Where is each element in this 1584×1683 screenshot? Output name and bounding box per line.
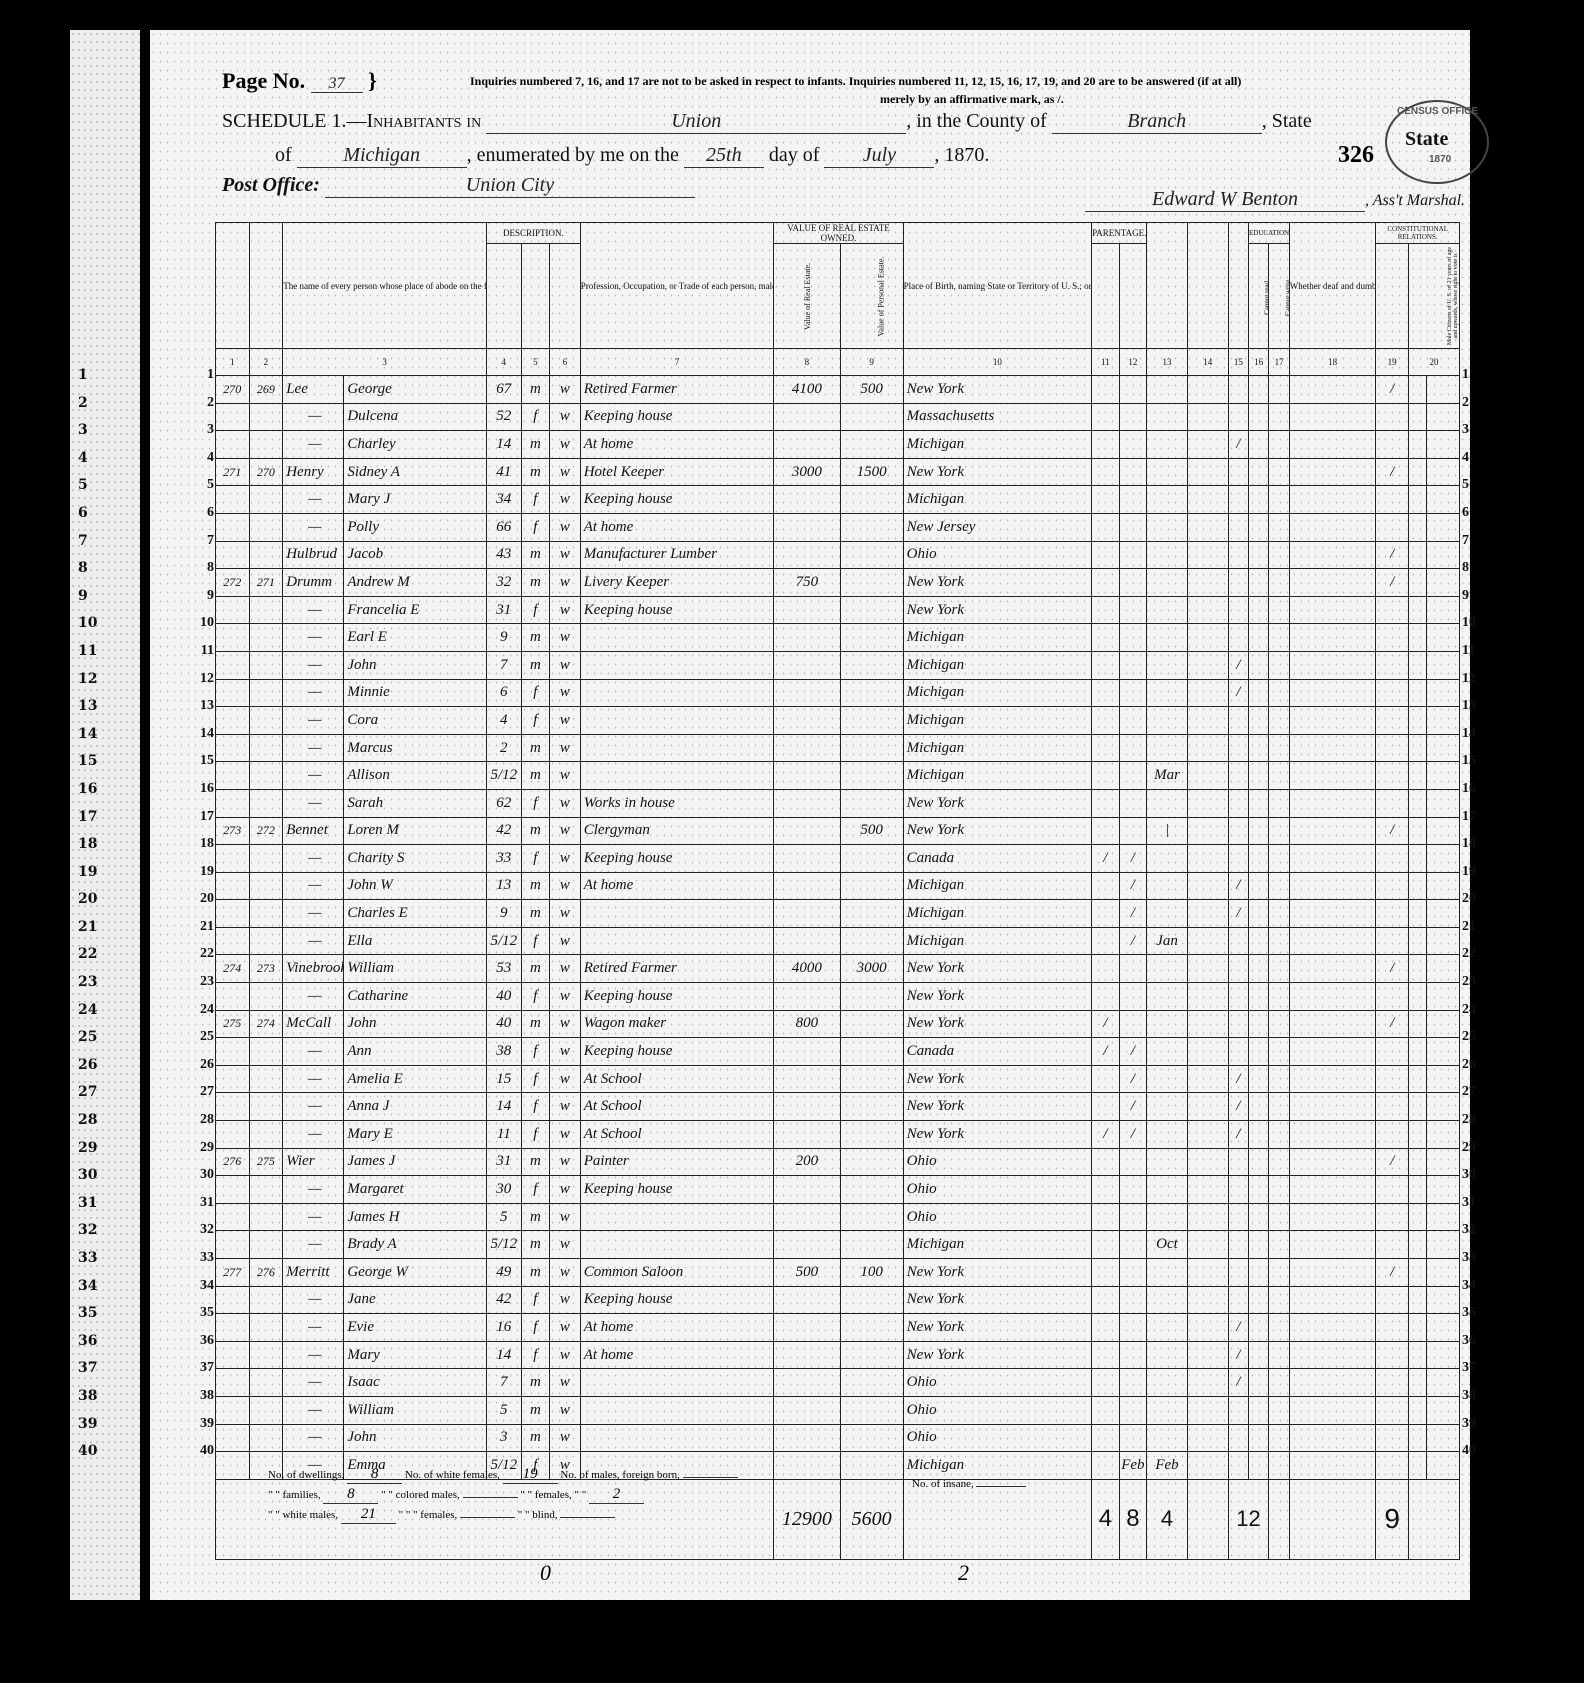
cell-married bbox=[1187, 1259, 1228, 1287]
cell-r17 bbox=[1269, 431, 1289, 459]
cell-mother bbox=[1119, 1176, 1147, 1204]
cell-c19: / bbox=[1376, 1259, 1409, 1287]
cell-birthplace: New York bbox=[903, 596, 1091, 624]
cell-c19 bbox=[1376, 789, 1409, 817]
cell-birthplace: New York bbox=[903, 1010, 1091, 1038]
cell-married bbox=[1187, 1231, 1228, 1259]
cell-real bbox=[774, 403, 840, 431]
cell-school: / bbox=[1228, 651, 1248, 679]
cell-dwelling bbox=[216, 1203, 250, 1231]
cell-personal bbox=[840, 983, 903, 1011]
cell-school bbox=[1228, 845, 1248, 873]
cell-family bbox=[249, 513, 283, 541]
tally-col-15: 12 bbox=[1228, 1479, 1269, 1559]
cell-born bbox=[1147, 513, 1188, 541]
cell-dwelling bbox=[216, 1038, 250, 1066]
cell-real bbox=[774, 651, 840, 679]
line-number: 27 bbox=[192, 1084, 214, 1112]
cell-surname: Bennet bbox=[283, 817, 344, 845]
cell-birthplace: New York bbox=[903, 1093, 1091, 1121]
cell-age: 42 bbox=[486, 1286, 521, 1314]
cell-surname: — bbox=[283, 872, 344, 900]
cell-school bbox=[1228, 1231, 1248, 1259]
cell-school bbox=[1228, 1038, 1248, 1066]
cell-mother bbox=[1119, 624, 1147, 652]
cell-given: Marcus bbox=[344, 734, 487, 762]
page-summary: No. of dwellings, 8 No. of white females… bbox=[268, 1465, 738, 1525]
cell-real bbox=[774, 762, 840, 790]
cell-born bbox=[1147, 569, 1188, 597]
cell-occupation: Keeping house bbox=[580, 486, 774, 514]
cell-real bbox=[774, 513, 840, 541]
cell-father bbox=[1092, 817, 1120, 845]
col-header-personal-estate: Value of Personal Estate. bbox=[840, 244, 903, 349]
line-number: 33 bbox=[192, 1250, 214, 1278]
cell-family bbox=[249, 789, 283, 817]
cell-c20 bbox=[1427, 1093, 1460, 1121]
total-personal-estate: 5600 bbox=[840, 1479, 903, 1559]
cell-c20a bbox=[1408, 1148, 1426, 1176]
line-number: 7 bbox=[78, 533, 118, 561]
line-number: 17 bbox=[78, 809, 118, 837]
census-row: —Brady A5/12mwMichiganOct bbox=[216, 1231, 1460, 1259]
cell-c20 bbox=[1427, 1176, 1460, 1204]
column-number-19: 19 bbox=[1376, 349, 1409, 376]
cell-age: 62 bbox=[486, 789, 521, 817]
cell-family: 275 bbox=[249, 1148, 283, 1176]
cell-dwelling: 277 bbox=[216, 1259, 250, 1287]
line-number: 12 bbox=[1462, 671, 1502, 699]
cell-r17 bbox=[1269, 1286, 1289, 1314]
cell-r16 bbox=[1249, 569, 1269, 597]
cell-personal bbox=[840, 679, 903, 707]
cell-born bbox=[1147, 1038, 1188, 1066]
cell-c20 bbox=[1427, 983, 1460, 1011]
cell-deaf bbox=[1289, 872, 1376, 900]
cell-dwelling: 273 bbox=[216, 817, 250, 845]
line-number: 21 bbox=[192, 919, 214, 947]
cell-father bbox=[1092, 431, 1120, 459]
cell-deaf bbox=[1289, 789, 1376, 817]
township-field: Union bbox=[486, 110, 906, 134]
cell-r17 bbox=[1269, 1038, 1289, 1066]
cell-born bbox=[1147, 541, 1188, 569]
cell-personal bbox=[840, 1424, 903, 1452]
line-number: 37 bbox=[78, 1360, 118, 1388]
cell-given: James J bbox=[344, 1148, 487, 1176]
line-number: 31 bbox=[78, 1195, 118, 1223]
cell-r17 bbox=[1269, 983, 1289, 1011]
line-number: 27 bbox=[78, 1084, 118, 1112]
cell-birthplace: Ohio bbox=[903, 1176, 1091, 1204]
cell-mother bbox=[1119, 789, 1147, 817]
cell-surname: — bbox=[283, 1286, 344, 1314]
cell-c19 bbox=[1376, 486, 1409, 514]
cell-surname: Lee bbox=[283, 376, 344, 404]
cell-born: Oct bbox=[1147, 1231, 1188, 1259]
cell-dwelling: 274 bbox=[216, 955, 250, 983]
line-number: 29 bbox=[78, 1140, 118, 1168]
line-numbers-left: 1234567891011121314151617181920212223242… bbox=[192, 367, 214, 1471]
census-row: —Charity S33fwKeeping houseCanada// bbox=[216, 845, 1460, 873]
line-number: 17 bbox=[192, 809, 214, 837]
cell-given: William bbox=[344, 955, 487, 983]
line-number: 3 bbox=[1462, 422, 1502, 450]
cell-occupation bbox=[580, 1203, 774, 1231]
cell-surname: — bbox=[283, 513, 344, 541]
cell-given: Ella bbox=[344, 927, 487, 955]
cell-sex: m bbox=[521, 651, 550, 679]
cell-c20 bbox=[1427, 513, 1460, 541]
cell-c19 bbox=[1376, 900, 1409, 928]
cell-c20 bbox=[1427, 707, 1460, 735]
cell-surname: — bbox=[283, 1314, 344, 1342]
cell-real bbox=[774, 624, 840, 652]
cell-married bbox=[1187, 1314, 1228, 1342]
cell-family bbox=[249, 1424, 283, 1452]
cell-dwelling bbox=[216, 1121, 250, 1149]
cell-sex: m bbox=[521, 817, 550, 845]
cell-color: w bbox=[550, 1203, 581, 1231]
column-number-8: 8 bbox=[774, 349, 840, 376]
cell-school: / bbox=[1228, 679, 1248, 707]
cell-occupation: Clergyman bbox=[580, 817, 774, 845]
cell-personal bbox=[840, 707, 903, 735]
census-row: —Amelia E15fwAt SchoolNew York// bbox=[216, 1065, 1460, 1093]
cell-married bbox=[1187, 955, 1228, 983]
cell-birthplace: Michigan bbox=[903, 431, 1091, 459]
cell-sex: f bbox=[521, 983, 550, 1011]
census-row: 270269LeeGeorge67mwRetired Farmer4100500… bbox=[216, 376, 1460, 404]
cell-father bbox=[1092, 762, 1120, 790]
cell-c20a bbox=[1408, 1286, 1426, 1314]
line-number: 30 bbox=[78, 1167, 118, 1195]
cell-real bbox=[774, 1286, 840, 1314]
cell-given: Cora bbox=[344, 707, 487, 735]
cell-sex: m bbox=[521, 458, 550, 486]
line-number: 2 bbox=[192, 395, 214, 423]
cell-r16 bbox=[1249, 983, 1269, 1011]
line-number: 13 bbox=[192, 698, 214, 726]
cell-r17 bbox=[1269, 1203, 1289, 1231]
cell-school bbox=[1228, 624, 1248, 652]
cell-born bbox=[1147, 845, 1188, 873]
cell-c20a bbox=[1408, 624, 1426, 652]
line-number: 39 bbox=[78, 1416, 118, 1444]
cell-school bbox=[1228, 1396, 1248, 1424]
cell-family: 272 bbox=[249, 817, 283, 845]
cell-given: Jacob bbox=[344, 541, 487, 569]
cell-deaf bbox=[1289, 707, 1376, 735]
cell-occupation: Retired Farmer bbox=[580, 955, 774, 983]
cell-c20a bbox=[1408, 789, 1426, 817]
cell-surname: — bbox=[283, 1341, 344, 1369]
line-number: 5 bbox=[192, 477, 214, 505]
cell-born bbox=[1147, 486, 1188, 514]
cell-c20 bbox=[1427, 845, 1460, 873]
cell-father bbox=[1092, 596, 1120, 624]
cell-occupation bbox=[580, 1424, 774, 1452]
cell-c20a bbox=[1408, 845, 1426, 873]
cell-deaf bbox=[1289, 762, 1376, 790]
line-number: 39 bbox=[1462, 1416, 1502, 1444]
cell-father: / bbox=[1092, 845, 1120, 873]
cell-personal bbox=[840, 541, 903, 569]
cell-color: w bbox=[550, 458, 581, 486]
cell-real: 4000 bbox=[774, 955, 840, 983]
line-number: 11 bbox=[1462, 643, 1502, 671]
cell-c20 bbox=[1427, 1203, 1460, 1231]
line-number: 23 bbox=[78, 974, 118, 1002]
cell-surname: — bbox=[283, 789, 344, 817]
cell-dwelling bbox=[216, 734, 250, 762]
cell-surname: — bbox=[283, 1424, 344, 1452]
line-number: 20 bbox=[1462, 891, 1502, 919]
cell-personal bbox=[840, 900, 903, 928]
cell-given: James H bbox=[344, 1203, 487, 1231]
cell-c19 bbox=[1376, 1093, 1409, 1121]
cell-sex: f bbox=[521, 403, 550, 431]
line-number: 34 bbox=[192, 1278, 214, 1306]
cell-r17 bbox=[1269, 845, 1289, 873]
cell-surname: Drumm bbox=[283, 569, 344, 597]
cell-deaf bbox=[1289, 845, 1376, 873]
census-row: —John W13mwAt homeMichigan// bbox=[216, 872, 1460, 900]
cell-c20 bbox=[1427, 1259, 1460, 1287]
cell-color: w bbox=[550, 900, 581, 928]
cell-mother: / bbox=[1119, 1038, 1147, 1066]
cell-father bbox=[1092, 1369, 1120, 1397]
cell-surname: — bbox=[283, 762, 344, 790]
cell-family bbox=[249, 1396, 283, 1424]
cell-deaf bbox=[1289, 458, 1376, 486]
cell-occupation bbox=[580, 1396, 774, 1424]
col-header-dwelling: Dwelling-houses, numbered in the order o… bbox=[216, 223, 250, 349]
cell-given: Andrew M bbox=[344, 569, 487, 597]
cell-birthplace: Michigan bbox=[903, 900, 1091, 928]
line-number: 34 bbox=[78, 1278, 118, 1306]
cell-c20 bbox=[1427, 734, 1460, 762]
census-row: 274273VinebrookWilliam53mwRetired Farmer… bbox=[216, 955, 1460, 983]
cell-color: w bbox=[550, 1341, 581, 1369]
cell-c20a bbox=[1408, 1010, 1426, 1038]
cell-surname: — bbox=[283, 1176, 344, 1204]
cell-real bbox=[774, 431, 840, 459]
census-row: —Cora4fwMichigan bbox=[216, 707, 1460, 735]
cell-married bbox=[1187, 376, 1228, 404]
cell-born bbox=[1147, 707, 1188, 735]
cell-school bbox=[1228, 1148, 1248, 1176]
census-row: —Allison5/12mwMichiganMar bbox=[216, 762, 1460, 790]
cell-mother bbox=[1119, 762, 1147, 790]
cell-school bbox=[1228, 486, 1248, 514]
cell-real: 200 bbox=[774, 1148, 840, 1176]
cell-deaf bbox=[1289, 927, 1376, 955]
cell-given: Sidney A bbox=[344, 458, 487, 486]
cell-c20 bbox=[1427, 762, 1460, 790]
cell-occupation: Keeping house bbox=[580, 1176, 774, 1204]
cell-c19 bbox=[1376, 1452, 1409, 1480]
cell-c19: / bbox=[1376, 1148, 1409, 1176]
county-field: Branch bbox=[1052, 110, 1262, 134]
cell-mother bbox=[1119, 458, 1147, 486]
line-number: 35 bbox=[192, 1305, 214, 1333]
cell-family bbox=[249, 1093, 283, 1121]
cell-color: w bbox=[550, 1010, 581, 1038]
cell-school: / bbox=[1228, 1093, 1248, 1121]
cell-mother: / bbox=[1119, 872, 1147, 900]
cell-given: Margaret bbox=[344, 1176, 487, 1204]
cell-birthplace: Michigan bbox=[903, 1231, 1091, 1259]
cell-c19 bbox=[1376, 1038, 1409, 1066]
line-number: 10 bbox=[1462, 615, 1502, 643]
line-number: 12 bbox=[78, 671, 118, 699]
cell-dwelling bbox=[216, 845, 250, 873]
line-number: 37 bbox=[192, 1360, 214, 1388]
cell-real bbox=[774, 1203, 840, 1231]
cell-occupation: Livery Keeper bbox=[580, 569, 774, 597]
cell-age: 5 bbox=[486, 1396, 521, 1424]
census-row: —Polly66fwAt homeNew Jersey bbox=[216, 513, 1460, 541]
state-field: Michigan bbox=[297, 144, 467, 168]
cell-color: w bbox=[550, 596, 581, 624]
cell-mother bbox=[1119, 376, 1147, 404]
insane-cell bbox=[903, 1479, 1091, 1559]
line-number: 32 bbox=[192, 1222, 214, 1250]
cell-birthplace: Ohio bbox=[903, 1203, 1091, 1231]
cell-c20 bbox=[1427, 1396, 1460, 1424]
cell-real bbox=[774, 1452, 840, 1480]
cell-r16 bbox=[1249, 1010, 1269, 1038]
cell-born bbox=[1147, 1203, 1188, 1231]
cell-r16 bbox=[1249, 1396, 1269, 1424]
cell-personal bbox=[840, 486, 903, 514]
cell-given: Charley bbox=[344, 431, 487, 459]
line-number: 18 bbox=[1462, 836, 1502, 864]
column-number-2: 2 bbox=[249, 349, 283, 376]
cell-c20a bbox=[1408, 1452, 1426, 1480]
cell-mother bbox=[1119, 569, 1147, 597]
cell-family bbox=[249, 403, 283, 431]
cell-real: 500 bbox=[774, 1259, 840, 1287]
cell-born bbox=[1147, 431, 1188, 459]
cell-personal bbox=[840, 1452, 903, 1480]
cell-c20a bbox=[1408, 1396, 1426, 1424]
cell-r17 bbox=[1269, 486, 1289, 514]
cell-married bbox=[1187, 1369, 1228, 1397]
cell-mother bbox=[1119, 1286, 1147, 1314]
cell-given: Amelia E bbox=[344, 1065, 487, 1093]
cell-age: 7 bbox=[486, 651, 521, 679]
cell-sex: f bbox=[521, 789, 550, 817]
cell-personal: 500 bbox=[840, 817, 903, 845]
census-row: —Mary E11fwAt SchoolNew York/// bbox=[216, 1121, 1460, 1149]
cell-school: / bbox=[1228, 1341, 1248, 1369]
cell-mother: / bbox=[1119, 845, 1147, 873]
cell-r16 bbox=[1249, 1231, 1269, 1259]
cell-deaf bbox=[1289, 1314, 1376, 1342]
cell-occupation: Keeping house bbox=[580, 1038, 774, 1066]
cell-age: 49 bbox=[486, 1259, 521, 1287]
cell-deaf bbox=[1289, 1341, 1376, 1369]
cell-married bbox=[1187, 1176, 1228, 1204]
cell-c19 bbox=[1376, 1424, 1409, 1452]
cell-c20 bbox=[1427, 569, 1460, 597]
cell-occupation: Painter bbox=[580, 1148, 774, 1176]
cell-color: w bbox=[550, 983, 581, 1011]
cell-birthplace: New York bbox=[903, 569, 1091, 597]
cell-surname: — bbox=[283, 1231, 344, 1259]
col-header-education: EDUCATION. bbox=[1249, 223, 1290, 244]
cell-family bbox=[249, 1369, 283, 1397]
cell-sex: f bbox=[521, 927, 550, 955]
cell-sex: m bbox=[521, 624, 550, 652]
cell-mother: Feb bbox=[1119, 1452, 1147, 1480]
cell-school: / bbox=[1228, 1121, 1248, 1149]
cell-color: w bbox=[550, 486, 581, 514]
cell-r16 bbox=[1249, 927, 1269, 955]
blind-count bbox=[560, 1517, 615, 1518]
total-real-estate: 12900 bbox=[774, 1479, 840, 1559]
cell-c20a bbox=[1408, 458, 1426, 486]
cell-dwelling bbox=[216, 1424, 250, 1452]
line-number: 5 bbox=[78, 477, 118, 505]
cell-school: / bbox=[1228, 1369, 1248, 1397]
cell-c20 bbox=[1427, 817, 1460, 845]
cell-school: / bbox=[1228, 431, 1248, 459]
cell-deaf bbox=[1289, 403, 1376, 431]
cell-c20 bbox=[1427, 376, 1460, 404]
cell-personal bbox=[840, 1369, 903, 1397]
cell-father bbox=[1092, 1231, 1120, 1259]
cell-age: 14 bbox=[486, 1093, 521, 1121]
cell-color: w bbox=[550, 1424, 581, 1452]
cell-given: Charity S bbox=[344, 845, 487, 873]
cell-family: 270 bbox=[249, 458, 283, 486]
cell-r17 bbox=[1269, 1369, 1289, 1397]
cell-r16 bbox=[1249, 1369, 1269, 1397]
cell-birthplace: Ohio bbox=[903, 541, 1091, 569]
cell-r16 bbox=[1249, 762, 1269, 790]
cell-c20 bbox=[1427, 1231, 1460, 1259]
cell-c20 bbox=[1427, 955, 1460, 983]
cell-surname: Vinebrook bbox=[283, 955, 344, 983]
cell-sex: m bbox=[521, 1259, 550, 1287]
cell-c20 bbox=[1427, 431, 1460, 459]
cell-married bbox=[1187, 1121, 1228, 1149]
line-number: 26 bbox=[1462, 1057, 1502, 1085]
line-number: 6 bbox=[1462, 505, 1502, 533]
cell-real bbox=[774, 596, 840, 624]
cell-given: Evie bbox=[344, 1314, 487, 1342]
cell-born bbox=[1147, 955, 1188, 983]
cell-sex: f bbox=[521, 1038, 550, 1066]
cell-color: w bbox=[550, 1176, 581, 1204]
cell-c20a bbox=[1408, 513, 1426, 541]
cell-married bbox=[1187, 1065, 1228, 1093]
cell-c20 bbox=[1427, 596, 1460, 624]
column-number-4: 4 bbox=[486, 349, 521, 376]
cell-born bbox=[1147, 789, 1188, 817]
cell-c20 bbox=[1427, 1369, 1460, 1397]
cell-born bbox=[1147, 596, 1188, 624]
cell-c19: / bbox=[1376, 817, 1409, 845]
cell-married bbox=[1187, 1148, 1228, 1176]
cell-dwelling bbox=[216, 789, 250, 817]
cell-father bbox=[1092, 1286, 1120, 1314]
line-number: 3 bbox=[78, 422, 118, 450]
cell-c20a bbox=[1408, 569, 1426, 597]
